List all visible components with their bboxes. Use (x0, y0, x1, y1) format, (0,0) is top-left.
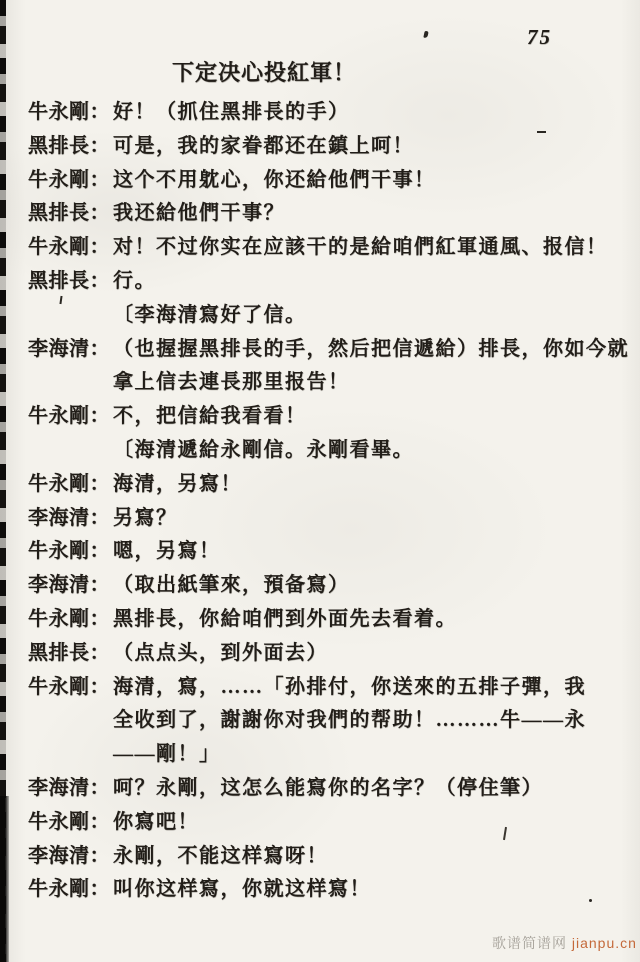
dialogue-text: （也握握黑排長的手，然后把信遞給）排長，你如今就 (113, 338, 629, 360)
speaker-name: 黑排長： (28, 130, 113, 164)
script-line: 〔李海清寫好了信。 (28, 299, 634, 333)
script-line: 牛永剛：黑排長，你給咱們到外面先去看着。 (28, 603, 634, 637)
speaker-name: 黑排長： (28, 197, 113, 231)
dialogue-text: 海清，寫，……「孙排付，你送來的五排子彈，我 (113, 676, 586, 698)
speaker-name: 牛永剛： (28, 671, 113, 705)
script-line: 全收到了，謝謝你对我們的帮助！………牛——永 (28, 704, 634, 738)
script-line: 牛永剛：嗯，另寫！ (28, 535, 634, 569)
speaker-name: 牛永剛： (28, 603, 113, 637)
script-line: 牛永剛：不，把信給我看看！ (28, 400, 634, 434)
script-line: 黑排長：可是，我的家眷都还在鎮上呵！ (28, 130, 634, 164)
speaker-name: 黑排長： (28, 265, 113, 299)
speaker-name: 牛永剛： (28, 468, 113, 502)
script-line: 拿上信去連長那里报告！ (28, 366, 634, 400)
dialogue-text: 黑排長，你給咱們到外面先去看着。 (113, 608, 457, 630)
script-line: 黑排長：行。 (28, 265, 634, 299)
script-line: 〔海清遞給永剛信。永剛看畢。 (28, 434, 634, 468)
speaker-name: 牛永剛： (28, 535, 113, 569)
dialogue-text: 叫你这样寫，你就这样寫！ (113, 878, 371, 900)
script-line: 李海清：另寫？ (28, 502, 634, 536)
dialogue-text: （取出紙筆來，預备寫） (113, 574, 350, 596)
script-line: 黑排長：（点点头，到外面去） (28, 637, 634, 671)
dialogue-text: 另寫？ (113, 507, 178, 529)
dialogue-text: 全收到了，謝謝你对我們的帮助！………牛——永 (113, 709, 586, 731)
dialogue-text: 拿上信去連長那里报告！ (113, 371, 350, 393)
script-line: 李海清：永剛，不能这样寫呀！ (28, 840, 634, 874)
script-line: 黑排長：我还給他們干事？ (28, 197, 634, 231)
speaker-name: 李海清： (28, 333, 113, 367)
script-line: 牛永剛：你寫吧！ (28, 806, 634, 840)
scanned-script-page: 75 下定决心投紅軍！ 牛永剛：好！（抓住黑排長的手） 黑排長：可是，我的家眷都… (0, 0, 640, 962)
speaker-name: 牛永剛： (28, 164, 113, 198)
page-number: 75 (527, 25, 552, 50)
script-line: 李海清：（也握握黑排長的手，然后把信遞給）排長，你如今就 (28, 333, 634, 367)
script-line: 牛永剛：好！（抓住黑排長的手） (28, 96, 634, 130)
speaker-name: 黑排長： (28, 637, 113, 671)
script-line: 李海清：（取出紙筆來，預备寫） (28, 569, 634, 603)
dialogue-text: ——剛！」 (113, 743, 221, 765)
dialogue-text: 嗯，另寫！ (113, 540, 221, 562)
script-line: 牛永剛：海清，寫，……「孙排付，你送來的五排子彈，我 (28, 671, 634, 705)
scan-speck-artifact (589, 899, 592, 902)
dialogue-text: 〔李海清寫好了信。 (113, 304, 307, 326)
speaker-name: 李海清： (28, 840, 113, 874)
dialogue-text: 可是，我的家眷都还在鎮上呵！ (113, 135, 414, 157)
dialogue-text: 〔海清遞給永剛信。永剛看畢。 (113, 439, 414, 461)
script-line: 李海清：呵？永剛，这怎么能寫你的名字？（停住筆） (28, 772, 634, 806)
speaker-name: 牛永剛： (28, 400, 113, 434)
watermark-site-name: 歌谱简谱网 (492, 935, 567, 951)
script-line: ——剛！」 (28, 738, 634, 772)
script-body: 牛永剛：好！（抓住黑排長的手） 黑排長：可是，我的家眷都还在鎮上呵！ 牛永剛：这… (28, 96, 634, 907)
dialogue-text: 这个不用躭心，你还給他們干事！ (113, 169, 436, 191)
dialogue-text: 我还給他們干事？ (113, 202, 285, 224)
speaker-name: 牛永剛： (28, 96, 113, 130)
dialogue-text: 好！（抓住黑排長的手） (113, 101, 350, 123)
script-line: 牛永剛：海清，另寫！ (28, 468, 634, 502)
script-line: 牛永剛：这个不用躭心，你还給他們干事！ (28, 164, 634, 198)
speaker-name: 李海清： (28, 772, 113, 806)
page-title: 下定决心投紅軍！ (172, 56, 356, 87)
speaker-name: 牛永剛： (28, 231, 113, 265)
script-line: 牛永剛：对！不过你实在应該干的是給咱們紅軍通風、报信！ (28, 231, 634, 265)
dialogue-text: 行。 (113, 270, 156, 292)
dialogue-text: （点点头，到外面去） (113, 642, 328, 664)
dialogue-text: 永剛，不能这样寫呀！ (113, 845, 328, 867)
watermark-site-url: jianpu.cn (572, 935, 637, 951)
speaker-name: 李海清： (28, 569, 113, 603)
scan-speck-artifact (537, 131, 546, 133)
watermark: 歌谱简谱网 jianpu.cn (492, 933, 637, 953)
dialogue-text: 你寫吧！ (113, 811, 199, 833)
dialogue-text: 呵？永剛，这怎么能寫你的名字？（停住筆） (113, 777, 543, 799)
scan-edge-artifact (0, 796, 9, 962)
speaker-name: 李海清： (28, 502, 113, 536)
dialogue-text: 海清，另寫！ (113, 473, 242, 495)
scan-speck-artifact (423, 31, 428, 39)
dialogue-text: 不，把信給我看看！ (113, 405, 307, 427)
speaker-name: 牛永剛： (28, 806, 113, 840)
speaker-name: 牛永剛： (28, 873, 113, 907)
script-line: 牛永剛：叫你这样寫，你就这样寫！ (28, 873, 634, 907)
dialogue-text: 对！不过你实在应該干的是給咱們紅軍通風、报信！ (113, 236, 608, 258)
